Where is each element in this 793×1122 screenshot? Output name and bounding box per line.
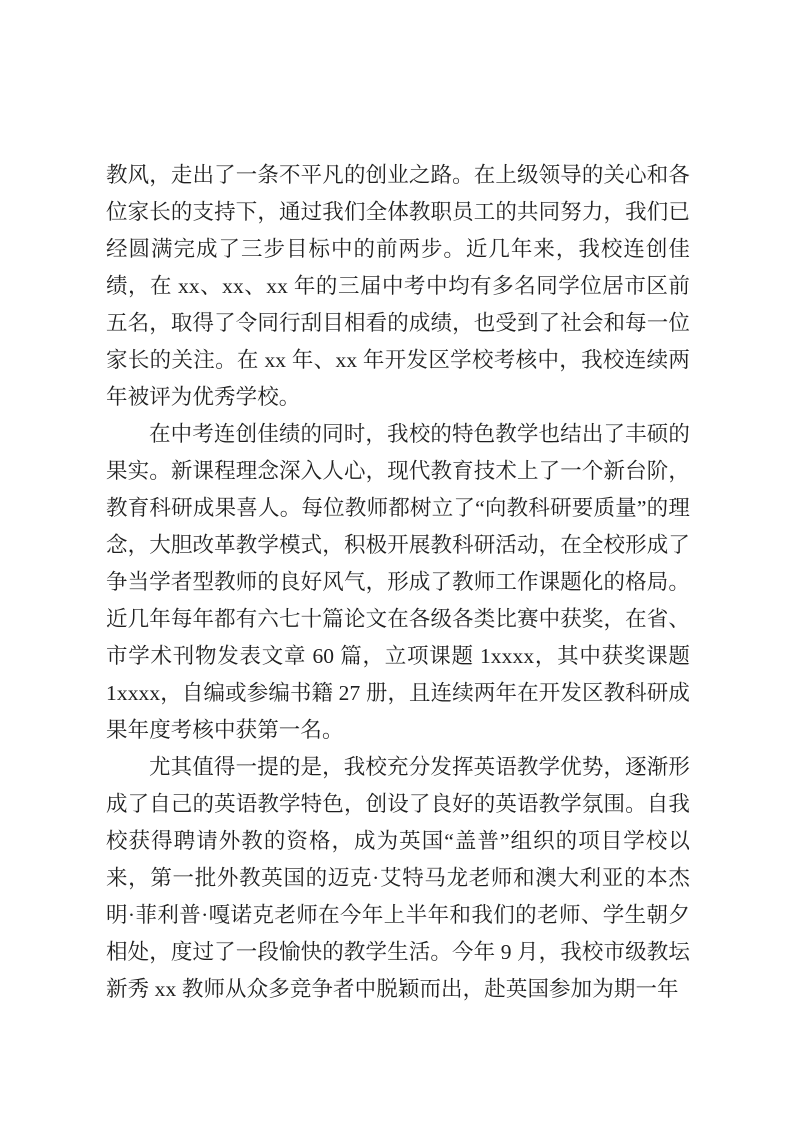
- paragraph-1: 教风，走出了一条不平凡的创业之路。在上级领导的关心和各位家长的支持下，通过我们全…: [106, 157, 690, 416]
- document-body: 教风，走出了一条不平凡的创业之路。在上级领导的关心和各位家长的支持下，通过我们全…: [106, 157, 690, 1008]
- document-page: 教风，走出了一条不平凡的创业之路。在上级领导的关心和各位家长的支持下，通过我们全…: [0, 0, 793, 1122]
- paragraph-2: 在中考连创佳绩的同时，我校的特色教学也结出了丰硕的果实。新课程理念深入人心，现代…: [106, 416, 690, 749]
- paragraph-3: 尤其值得一提的是，我校充分发挥英语教学优势，逐渐形成了自己的英语教学特色，创设了…: [106, 749, 690, 1008]
